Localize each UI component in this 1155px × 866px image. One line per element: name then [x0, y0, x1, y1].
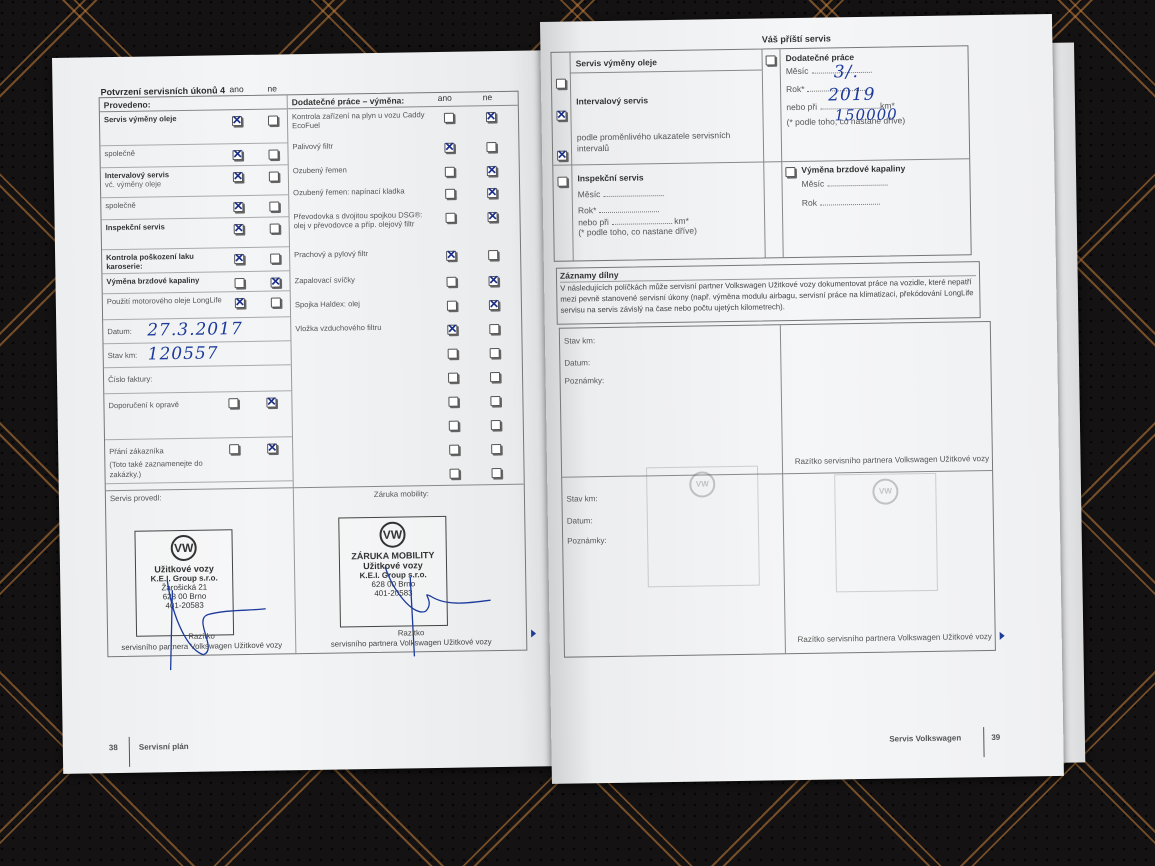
rok-handwritten: 2019 [828, 85, 876, 106]
row-label: Servis výměny oleje [104, 113, 224, 124]
mesic-field[interactable] [827, 185, 887, 187]
vymena-brzdove-checkbox[interactable] [785, 167, 795, 177]
ne-checkbox[interactable] [269, 171, 279, 181]
ne-checkbox[interactable] [490, 396, 500, 406]
provedeno-row: Inspekční servis [102, 217, 289, 250]
intervalovy-servis-label: Intervalový servis [576, 95, 648, 106]
dodatecne-row: Ozubený řemen: napínací kladka [289, 182, 519, 210]
vymena-brzdove-cell: Výměna brzdové kapaliny Měsíc Rok [801, 163, 906, 212]
ne-checkbox[interactable] [267, 444, 277, 454]
workshop-records-grid: Stav km: Datum: Poznámky: Razítko servis… [559, 321, 996, 658]
left-page: Potvrzení servisních úkonů 4 Provedeno: … [52, 50, 559, 774]
mesic-handwritten: 3/. [834, 62, 859, 82]
doporuceni-label: Doporučení k opravě [108, 398, 287, 410]
record-razitko-label: Razítko servisního partnera Volkswagen U… [792, 454, 992, 466]
razitko-caption: Razítko servisního partnera Volkswagen U… [108, 630, 295, 653]
signature-scribble [147, 559, 269, 671]
col-ne-label: ne [483, 92, 493, 102]
dodatecne-row: Palivový filtr [288, 136, 518, 164]
provedeno-row: Použití motorového oleje LongLife [103, 291, 290, 320]
bleed-through-stamp: VW [834, 473, 938, 593]
footer-separator [983, 727, 984, 757]
ano-checkbox[interactable] [234, 278, 244, 288]
prani-label: Přání zákazníka [109, 444, 288, 456]
zaznamy-dilny-text: V následujících políčkách může servisní … [560, 275, 976, 316]
ne-checkbox[interactable] [487, 212, 497, 222]
datum-row: Datum:27.3.2017 [103, 317, 290, 344]
ano-checkbox[interactable] [233, 172, 243, 182]
row-label: Prachový a pylový filtr [294, 248, 434, 260]
row-label [296, 346, 436, 348]
prani-row: Přání zákazníka(Toto také zaznamenejte d… [105, 437, 293, 484]
dodatecne-row [293, 462, 523, 482]
dodatecne-row: Převodovka s dvojitou spojkou DSG®: olej… [289, 206, 520, 248]
zaruka-mobility-cell: Záruka mobility: VW ZÁRUKA MOBILITY Užit… [294, 485, 527, 655]
ne-checkbox[interactable] [486, 142, 496, 152]
dodatecne-prace-checkbox[interactable] [766, 55, 776, 65]
ne-checkbox[interactable] [490, 348, 500, 358]
razitko-caption: Razítko servisního partnera Volkswagen U… [296, 626, 526, 650]
km-field[interactable] [612, 223, 672, 225]
ne-checkbox[interactable] [489, 324, 499, 334]
ne-checkbox[interactable] [489, 300, 499, 310]
ne-checkbox[interactable] [270, 223, 280, 233]
stav-km-handwritten: 120557 [148, 343, 219, 365]
row-label: společně [105, 199, 225, 210]
record-datum-label: Datum: [564, 358, 590, 367]
provedeno-column: Provedeno: ano ne Servis výměny olejespo… [100, 95, 294, 490]
provedeno-row: společně [100, 143, 287, 168]
servis-provedl-cell: Servis provedl: VW Užitkové vozy K.E.I. … [106, 488, 297, 657]
dodatecne-column: Dodatečné práce – výměna: ano ne Kontrol… [288, 92, 524, 488]
page-number: 39 [991, 733, 1000, 742]
ano-checkbox[interactable] [446, 251, 456, 261]
ano-checkbox[interactable] [445, 167, 455, 177]
ano-checkbox[interactable] [444, 113, 454, 123]
provedeno-row: Intervalový servisvč. výměny oleje [101, 165, 288, 198]
ne-checkbox[interactable] [491, 468, 501, 478]
ano-checkbox[interactable] [235, 298, 245, 308]
ano-checkbox[interactable] [234, 254, 244, 264]
row-label [297, 466, 437, 468]
row-label: Vložka vzduchového filtru [295, 322, 435, 334]
row-label: Ozubený řemen: napínací kladka [293, 186, 433, 198]
vw-logo-icon: VW [171, 535, 197, 561]
dodatecne-row: Vložka vzduchového filtru [291, 318, 521, 346]
ne-checkbox[interactable] [491, 444, 501, 454]
row-label: společně [104, 147, 224, 158]
row-label: Zapalovací svíčky [294, 274, 434, 286]
ne-checkbox[interactable] [488, 276, 498, 286]
record-datum-label: Datum: [567, 516, 593, 525]
ano-checkbox[interactable] [444, 143, 454, 153]
doporuceni-row: Doporučení k opravě [104, 391, 292, 440]
ne-checkbox[interactable] [270, 277, 280, 287]
ano-checkbox[interactable] [449, 421, 459, 431]
km-handwritten: 150000 [834, 105, 898, 124]
mesic-label: Měsíc [578, 189, 601, 199]
footnote: (* podle toho, co nastane dříve) [578, 226, 697, 237]
row-label [297, 418, 437, 420]
mesic-label: Měsíc [786, 66, 809, 76]
ano-checkbox[interactable] [229, 444, 239, 454]
datum-handwritten: 27.3.2017 [147, 319, 243, 342]
service-confirmation-table: Provedeno: ano ne Servis výměny olejespo… [99, 91, 528, 658]
rok-label: Rok* [578, 205, 597, 215]
cislo-faktury-row: Číslo faktury: [104, 365, 291, 394]
ano-checkbox[interactable] [448, 373, 458, 383]
row-label: Převodovka s dvojitou spojkou DSG®: olej… [293, 210, 433, 231]
dodatecne-row [292, 390, 522, 418]
ano-checkbox[interactable] [450, 469, 460, 479]
nebo-pri-label: nebo při [786, 102, 817, 112]
provedeno-row: Kontrola poškození laku karoserie: [102, 247, 289, 274]
ano-checkbox[interactable] [232, 116, 242, 126]
page-number: 38 [109, 743, 118, 752]
cislo-faktury-label: Číslo faktury: [108, 372, 287, 384]
ne-checkbox[interactable] [490, 372, 500, 382]
ano-checkbox[interactable] [228, 398, 238, 408]
ne-checkbox[interactable] [487, 188, 497, 198]
rok-field[interactable] [820, 204, 880, 206]
row-label: Kontrola poškození laku karoserie: [106, 251, 226, 272]
ano-checkbox[interactable] [448, 349, 458, 359]
ne-checkbox[interactable] [491, 420, 501, 430]
ano-checkbox[interactable] [447, 325, 457, 335]
prani-note: (Toto také zaznamenejte do zakázky.) [109, 459, 219, 480]
ano-checkbox[interactable] [447, 301, 457, 311]
ano-checkbox[interactable] [234, 224, 244, 234]
mesic-field[interactable] [603, 195, 663, 197]
row-label [296, 370, 436, 372]
dodatecne-row: Kontrola zařízení na plyn u vozu Caddy E… [288, 106, 518, 140]
rok-field[interactable] [599, 211, 659, 213]
record-stav-km-label: Stav km: [566, 494, 597, 503]
stamp-row: Servis provedl: VW Užitkové vozy K.E.I. … [106, 484, 527, 657]
row-sublabel: vč. výměny oleje [105, 178, 284, 190]
dodatecne-row: Zapalovací svíčky [290, 270, 520, 298]
servis-vymeny-oleje-checkbox[interactable] [556, 79, 566, 89]
next-page-arrow-icon [531, 629, 536, 637]
intervalovy-servis-checkbox[interactable] [556, 111, 566, 121]
inspekcni-servis-cell: Inspekční servis Měsíc Rok* nebo při km*… [577, 169, 697, 238]
ne-checkbox[interactable] [268, 149, 278, 159]
ano-checkbox[interactable] [445, 189, 455, 199]
dodatecne-row [293, 414, 523, 442]
ne-checkbox[interactable] [269, 201, 279, 211]
row-label: Inspekční servis [106, 221, 226, 232]
rok-label: Rok* [786, 84, 805, 94]
rok-label: Rok [802, 198, 817, 208]
bleed-through-stamp: VW [646, 466, 760, 588]
ne-checkbox[interactable] [266, 398, 276, 408]
next-service-title: Váš příští servis [540, 30, 1052, 48]
ano-checkbox[interactable] [445, 213, 455, 223]
podle-ukazatele-checkbox[interactable] [557, 151, 567, 161]
dodatecne-label: Dodatečné práce – výměna: [292, 95, 405, 107]
record-razitko-label: Razítko servisního partnera Volkswagen U… [795, 632, 995, 644]
ano-checkbox[interactable] [448, 397, 458, 407]
col-ne-label: ne [267, 83, 277, 93]
ne-checkbox[interactable] [486, 112, 496, 122]
next-service-box: Servis výměny oleje Intervalový servis p… [550, 45, 971, 262]
provedeno-row: Servis výměny oleje [100, 109, 288, 146]
ano-checkbox[interactable] [232, 150, 242, 160]
podle-ukazatele-label: podle proměnlivého ukazatele servisních … [577, 130, 757, 155]
servis-vymeny-oleje-label: Servis výměny oleje [576, 57, 657, 68]
inspekcni-servis-label: Inspekční servis [577, 169, 696, 187]
row-label: Palivový filtr [292, 140, 432, 152]
dodatecne-row: Spojka Haldex: olej [291, 294, 521, 322]
ne-checkbox[interactable] [488, 250, 498, 260]
right-page: Váš příští servis Servis výměny oleje In… [540, 14, 1064, 784]
signature-scribble [365, 555, 497, 667]
dodatecne-row [292, 366, 522, 394]
inspekcni-servis-checkbox[interactable] [557, 177, 567, 187]
record-poznamky-label: Poznámky: [567, 536, 607, 546]
record-poznamky-label: Poznámky: [565, 376, 605, 386]
mesic-label: Měsíc [801, 179, 824, 189]
col-ano-label: ano [229, 84, 243, 94]
servis-provedl-label: Servis provedl: [110, 493, 162, 503]
row-label: Použití motorového oleje LongLife [107, 295, 227, 306]
page-header: Servis Volkswagen [889, 733, 961, 743]
zaruka-mobility-label: Záruka mobility: [374, 489, 429, 499]
ano-checkbox[interactable] [446, 277, 456, 287]
provedeno-row: společně [101, 195, 288, 220]
col-ano-label: ano [438, 93, 452, 103]
footer-separator [129, 737, 130, 767]
dodatecne-row [292, 342, 522, 370]
row-label [296, 394, 436, 396]
vw-logo-icon: VW [379, 522, 405, 548]
row-label: Spojka Haldex: olej [295, 298, 435, 310]
zaznamy-dilny-box: Záznamy dílny V následujících políčkách … [556, 261, 981, 325]
row-label: Ozubený řemen [293, 164, 433, 176]
row-label: Výměna brzdové kapaliny [106, 275, 226, 286]
stav-km-row: Stav km:120557 [104, 341, 291, 368]
page-header: Servisní plán [139, 742, 189, 752]
row-label [297, 442, 437, 444]
zaznamy-dilny-title: Záznamy dílny [560, 270, 619, 281]
dodatecne-row: Prachový a pylový filtr [290, 244, 520, 274]
dodatecne-row [293, 438, 523, 466]
ano-checkbox[interactable] [449, 445, 459, 455]
ano-checkbox[interactable] [233, 202, 243, 212]
ne-checkbox[interactable] [271, 297, 281, 307]
ne-checkbox[interactable] [487, 166, 497, 176]
row-label: Kontrola zařízení na plyn u vozu Caddy E… [292, 110, 432, 131]
record-stav-km-label: Stav km: [564, 336, 595, 345]
ne-checkbox[interactable] [268, 115, 278, 125]
ne-checkbox[interactable] [270, 253, 280, 263]
provedeno-label: Provedeno: [104, 99, 151, 110]
next-page-arrow-icon [1000, 632, 1005, 640]
